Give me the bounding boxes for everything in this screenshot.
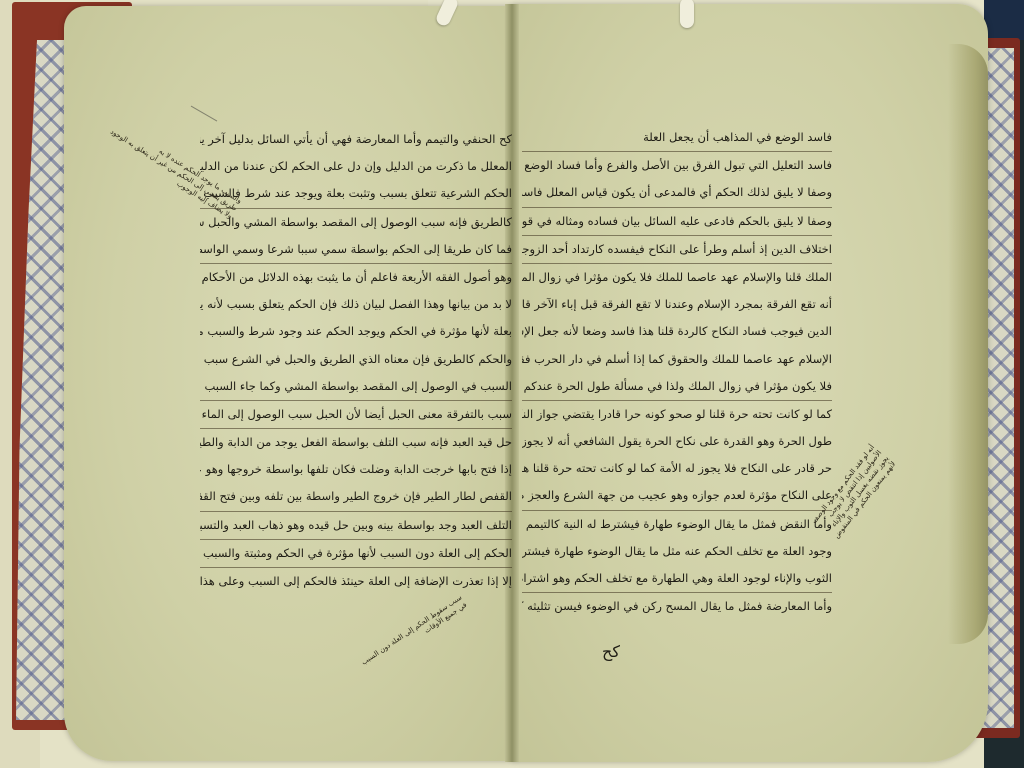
left-page-text: كح الحنفي والتيمم وأما المعارضة فهي أن ي… (200, 126, 512, 595)
manuscript-line: وصفا لا يليق لذلك الحكم أي فالمدعى أن يك… (522, 179, 832, 206)
manuscript-line: أنه تقع الفرقة بمجرد الإسلام وعندنا لا ت… (522, 291, 832, 318)
manuscript-line: والحكم كالطريق فإن معناه الذي الطريق وال… (200, 346, 512, 373)
manuscript-line: إلا إذا تعذرت الإضافة إلى العلة حينئذ فا… (200, 567, 512, 595)
manuscript-line: الثوب والإناء لوجود العلة وهي الطهارة مع… (522, 565, 832, 592)
manuscript-line: وهو أصول الفقه الأربعة فاعلم أن ما يثبت … (200, 263, 512, 291)
manuscript-line: كالطريق فإنه سبب الوصول إلى المقصد بواسط… (200, 208, 512, 236)
manuscript-line: كح الحنفي والتيمم وأما المعارضة فهي أن ي… (200, 126, 512, 153)
manuscript-line: فلا يكون مؤثرا في زوال الملك ولذا في مسأ… (522, 373, 832, 400)
right-page-text: فاسد الوضع في المذاهب أن يجعل العلةفاسد … (522, 124, 832, 620)
manuscript-line: وجود العلة مع تخلف الحكم عنه مثل ما يقال… (522, 538, 832, 565)
manuscript-line: الحكم إلى العلة دون السبب لأنها مؤثرة في… (200, 539, 512, 567)
manuscript-line: على النكاح مؤثرة لعدم جوازه وهو عجيب من … (522, 482, 832, 509)
manuscript-line: سبب بالتفرقة معنى الحبل أيضا لأن الحبل س… (200, 400, 512, 428)
manuscript-line: الحكم الشرعية تتعلق بسبب وتثبت بعلة ويوج… (200, 180, 512, 207)
folio-catchword: كح (602, 642, 620, 661)
manuscript-line: وأما النقض فمثل ما يقال الوضوء طهارة فيش… (522, 510, 832, 538)
manuscript-line: فما كان طريقا إلى الحكم بواسطة سمي سببا … (200, 236, 512, 263)
manuscript-line: فاسد الوضع في المذاهب أن يجعل العلة (522, 124, 832, 151)
manuscript-line: القفص لطار الطير فإن خروج الطير واسطة بي… (200, 483, 512, 510)
page-holder-peg-right (680, 0, 694, 28)
manuscript-line: المعلل ما ذكرت من الدليل وإن دل على الحك… (200, 153, 512, 180)
manuscript-line: لا بد من بيانها وهذا الفصل لبيان ذلك فإن… (200, 291, 512, 318)
manuscript-line: فاسد التعليل التي تبول الفرق بين الأصل و… (522, 151, 832, 179)
manuscript-line: إذا فتح بابها خرجت الدابة وضلت فكان تلفه… (200, 456, 512, 483)
manuscript-line: اختلاف الدين إذ أسلم وطرأ على النكاح فيف… (522, 235, 832, 263)
manuscript-line: الملك قلنا والإسلام عهد عاصما للملك فلا … (522, 263, 832, 291)
manuscript-line: السبب في الوصول إلى المقصد بواسطة المشي … (200, 373, 512, 400)
manuscript-line: بعلة لأنها مؤثرة في الحكم ويوجد الحكم عن… (200, 318, 512, 345)
manuscript-line: حل قيد العبد فإنه سبب التلف بواسطة الفعل… (200, 428, 512, 456)
manuscript-line: طول الحرة وهو القدرة على نكاح الحرة يقول… (522, 428, 832, 455)
manuscript-line: حر قادر على النكاح فلا يجوز له الأمة كما… (522, 455, 832, 482)
manuscript-line: الدين فيوجب فساد النكاح كالردة قلنا هذا … (522, 318, 832, 345)
manuscript-line: وأما المعارضة فمثل ما يقال المسح ركن في … (522, 592, 832, 620)
manuscript-line: الإسلام عهد عاصما للملك والحقوق كما إذا … (522, 346, 832, 373)
manuscript-line: وصفا لا يليق بالحكم فادعى عليه السائل بي… (522, 207, 832, 235)
manuscript-line: التلف العبد وجد بواسطة بينه وبين حل قيده… (200, 511, 512, 539)
manuscript-line: كما لو كانت تحته حرة قلنا لو صحو كونه حر… (522, 400, 832, 428)
